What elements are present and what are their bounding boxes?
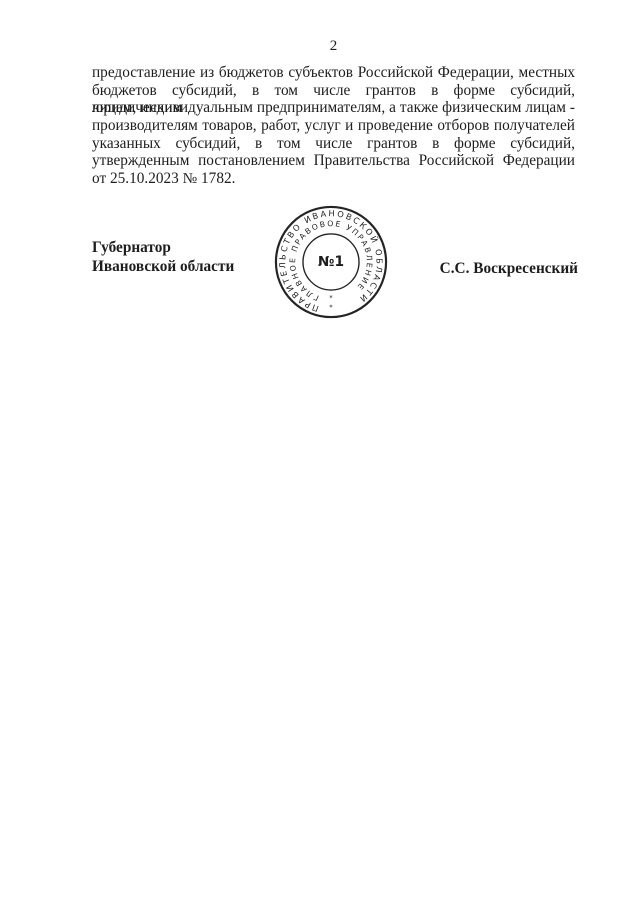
body-line: лицам, индивидуальным предпринимателям, … [92, 99, 575, 117]
body-paragraph: предоставление из бюджетов субъектов Рос… [92, 64, 575, 188]
stamp-inner-separator-dot: * [329, 294, 333, 302]
body-line: указанных субсидий, в том числе грантов … [92, 135, 575, 153]
document-page: 2 предоставление из бюджетов субъектов Р… [0, 0, 640, 905]
body-line: от 25.10.2023 № 1782. [92, 170, 575, 188]
signatory-title-line1: Губернатор [92, 238, 234, 257]
official-stamp: ПРАВИТЕЛЬСТВО ИВАНОВСКОЙ ОБЛАСТИ ГЛАВНОЕ… [272, 203, 390, 321]
signatory-title-line2: Ивановской области [92, 257, 234, 276]
body-line: предоставление из бюджетов субъектов Рос… [92, 64, 575, 82]
body-line: производителям товаров, работ, услуг и п… [92, 117, 575, 135]
body-line: утвержденным постановлением Правительств… [92, 152, 575, 170]
stamp-center-number: №1 [318, 254, 344, 270]
stamp-outer-separator-dot: * [329, 304, 333, 312]
page-number: 2 [92, 38, 575, 54]
signatory-name: С.С. Воскресенский [440, 259, 578, 278]
body-line: бюджетов субсидий, в том числе грантов в… [92, 82, 575, 100]
signatory-title: Губернатор Ивановской области [92, 238, 234, 276]
